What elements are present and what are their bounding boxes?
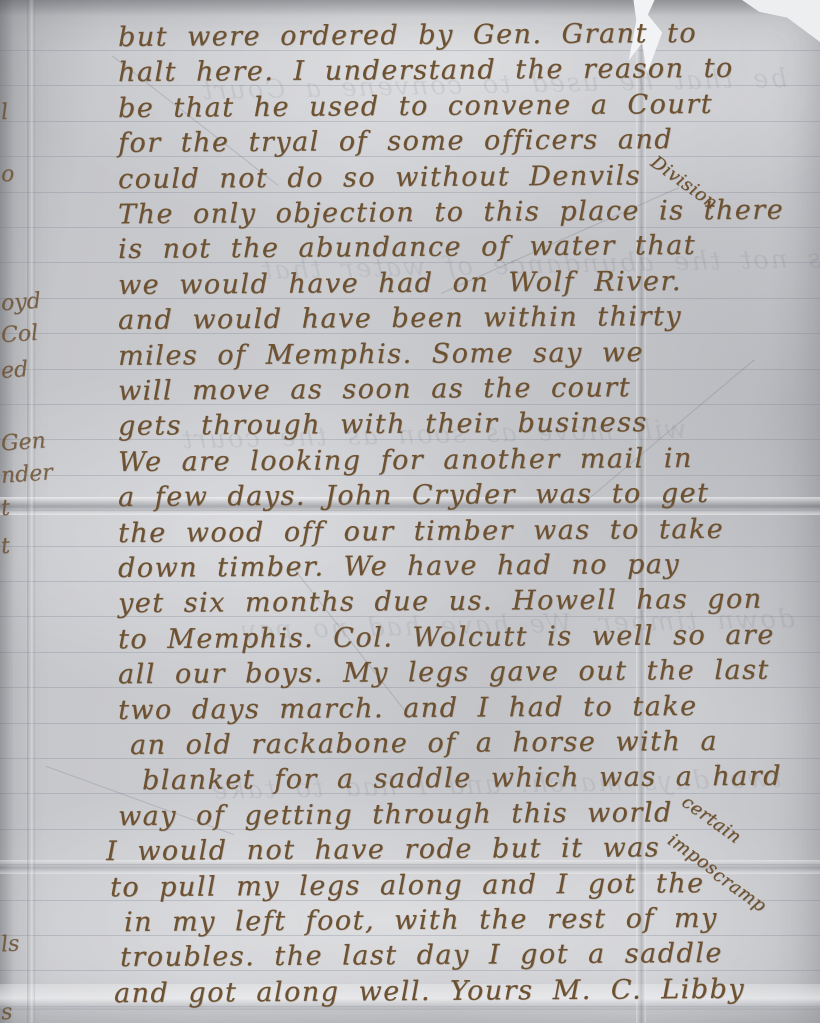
letter-line: down timber. We have had no pay (118, 551, 680, 582)
letter-line-text: all our boys. My legs gave out the last (118, 655, 770, 691)
margin-fragment: t (0, 534, 11, 560)
margin-fragment: s (0, 1000, 13, 1023)
letter-line: in my left foot, with the rest of my (124, 905, 718, 936)
letter-line: but were ordered by Gen. Grant to (118, 20, 697, 51)
vertical-fold-crease (27, 0, 35, 1023)
letter-line: be that he used to convene a Court (118, 91, 713, 122)
letter-line: two days march. and I had to take (118, 693, 698, 724)
letter-line-text: is not the abundance of water that (118, 230, 696, 265)
letter-line-text: troubles. the last day I got a saddle (120, 938, 723, 973)
paper-corner-tear (742, 0, 820, 42)
letter-line-text: be that he used to convene a Court (118, 89, 713, 124)
letter-line-text: and got along well. Yours M. C. Libby (114, 974, 745, 1009)
letter-line-text: two days march. and I had to take (118, 691, 698, 726)
letter-line-text: miles of Memphis. Some say we (118, 337, 644, 372)
letter-line: and got along well. Yours M. C. Libby (114, 976, 745, 1007)
letter-line-text: way of getting through this world (118, 797, 673, 832)
letter-line-text: and would have been within thirty (118, 301, 682, 336)
letter-line: The only objection to this place is ther… (118, 197, 784, 229)
letter-line: will move as soon as the court (118, 374, 631, 405)
letter-line: troubles. the last day I got a saddle (120, 940, 723, 971)
letter-line: to Memphis. Col. Wolcutt is well so are (118, 622, 775, 654)
letter-line: and would have been within thirty (118, 303, 682, 334)
letter-line-text: I would not have rode but it was (106, 832, 660, 867)
letter-line: could not do so without DenvilsDivision (118, 161, 726, 192)
margin-fragment: o (0, 162, 15, 188)
margin-fragment: t (0, 496, 11, 522)
margin-fragment: Gen (0, 428, 46, 456)
letter-line: an old rackabone of a horse with a (130, 728, 718, 759)
letter-line-text: to Memphis. Col. Wolcutt is well so are (118, 620, 775, 656)
letter-line-text: we would have had on Wolf River. (118, 266, 682, 301)
letter-scan-page: be that he used to convene a Courtis not… (0, 0, 820, 1023)
letter-line-text: We are looking for another mail in (118, 443, 693, 478)
letter-line: for the tryal of some officers and (118, 126, 673, 157)
letter-line: a few days. John Cryder was to get (118, 480, 710, 511)
margin-fragment: ls (0, 931, 20, 957)
margin-fragment: ed (0, 357, 29, 384)
letter-line: the wood off our timber was to take (118, 515, 724, 546)
letter-line-text: to pull my legs along and I got the (110, 868, 705, 903)
letter-line-trailing-word: cramp (709, 866, 769, 916)
letter-line: blanket for a saddle which was a hard (142, 763, 782, 794)
letter-line: way of getting through this worldcertain (118, 799, 748, 830)
letter-line-text: halt here. I understand the reason to (118, 53, 734, 88)
letter-line: We are looking for another mail in (118, 445, 693, 476)
letter-line-text: yet six months due us. Howell has gon (118, 584, 763, 619)
letter-line-text: gets through with their business (118, 408, 648, 443)
letter-line: all our boys. My legs gave out the last (118, 657, 770, 689)
letter-line-text: could not do so without Denvils (118, 160, 641, 195)
letter-line: miles of Memphis. Some say we (118, 339, 644, 370)
paper-edge-shadow-top (0, 0, 820, 16)
letter-line: I would not have rode but it wasimpos (106, 834, 724, 865)
letter-line-text: The only objection to this place is ther… (118, 195, 784, 231)
letter-line-text: an old rackabone of a horse with a (130, 726, 718, 761)
margin-fragment: nder (0, 460, 53, 489)
letter-line-text: in my left foot, with the rest of my (124, 903, 718, 938)
letter-line: gets through with their business (118, 410, 648, 441)
letter-line-text: will move as soon as the court (118, 372, 631, 407)
letter-line: we would have had on Wolf River. (118, 268, 682, 299)
letter-line-text: down timber. We have had no pay (118, 549, 680, 584)
letter-line: to pull my legs along and I got thecramp (110, 869, 772, 901)
letter-line: halt here. I understand the reason to (118, 55, 734, 86)
margin-fragment: oyd (0, 289, 41, 317)
letter-line-text: blanket for a saddle which was a hard (142, 761, 782, 796)
letter-line-text: the wood off our timber was to take (118, 513, 724, 548)
letter-line-text: a few days. John Cryder was to get (118, 478, 710, 513)
letter-line-text: but were ordered by Gen. Grant to (118, 18, 697, 53)
letter-line: yet six months due us. Howell has gon (118, 586, 763, 617)
letter-line: is not the abundance of water that (118, 232, 696, 263)
margin-fragment: Col (0, 321, 39, 349)
letter-line-text: for the tryal of some officers and (118, 124, 673, 159)
